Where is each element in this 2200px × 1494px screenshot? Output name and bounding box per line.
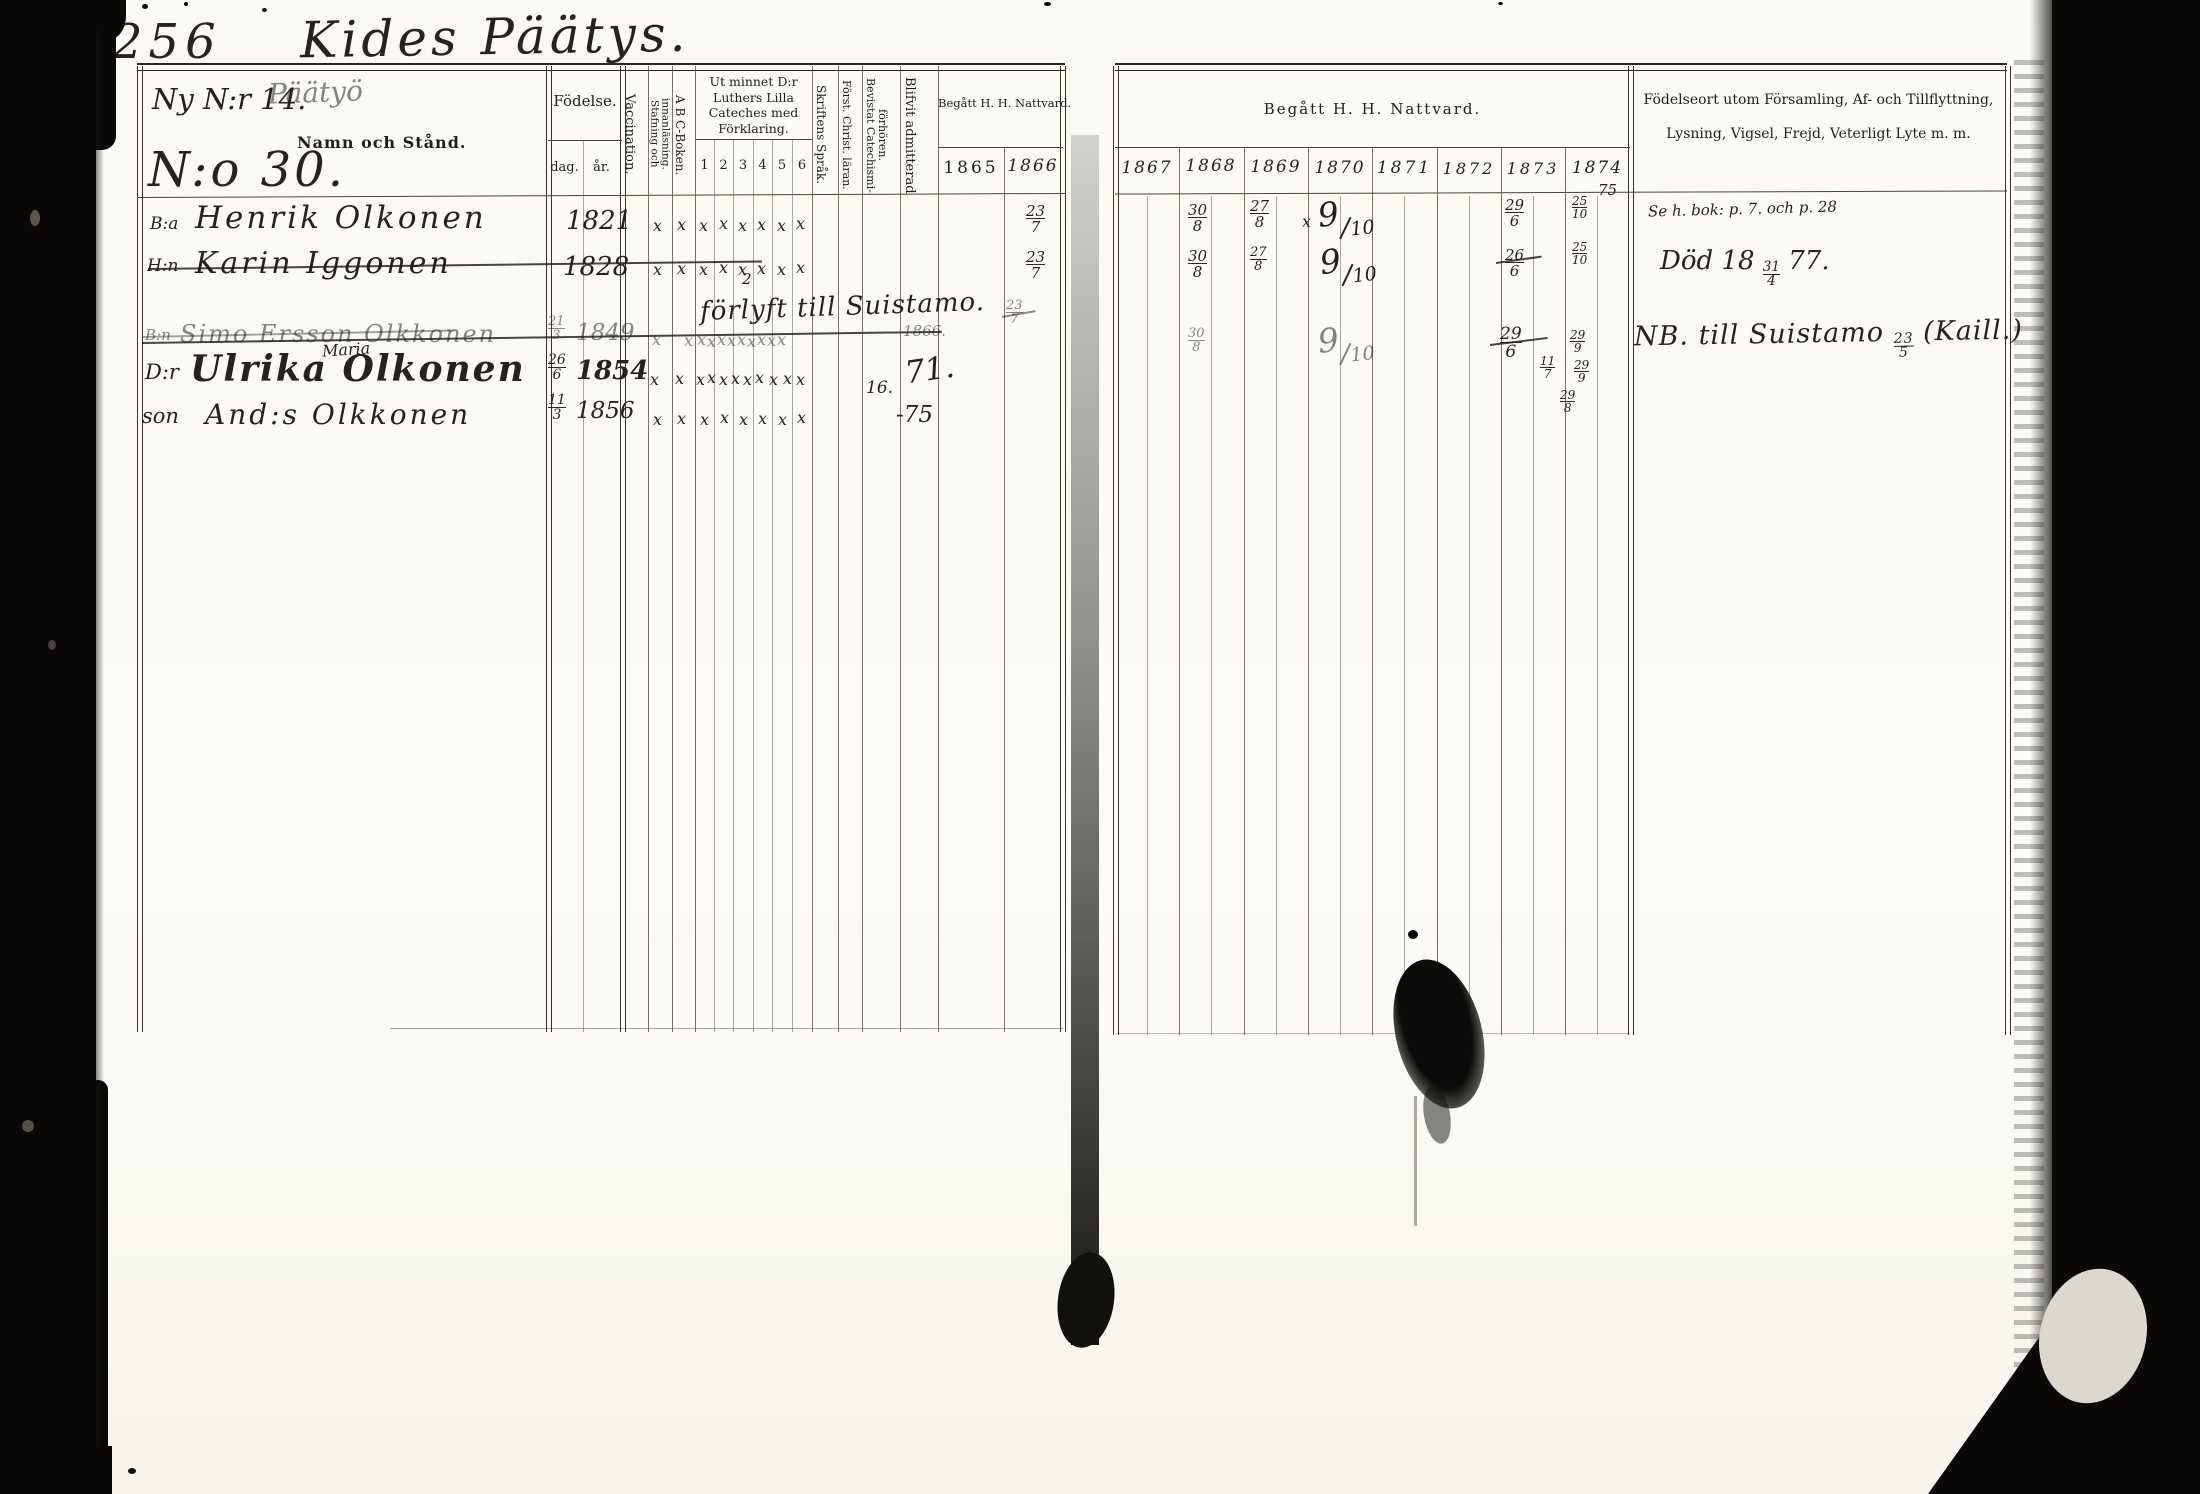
row4-birth-year: 1854 [576,356,648,386]
rule [1147,196,1148,1035]
row3-birth-day: 213 [548,316,565,343]
ink-streak [1414,1096,1417,1226]
edge-speck [22,1120,34,1132]
check-mark: x [719,214,728,233]
row1-prefix: B:a [150,214,178,234]
household-number: N:o 30. [148,142,346,198]
rule [1060,66,1066,1032]
year-1870: 1870 [1308,158,1372,178]
rule [1115,63,2007,71]
col-cateches: Ut minnet D:r Luthers Lilla Cateches med… [696,74,811,137]
rule [1244,148,1245,1035]
rule [753,140,754,1032]
col-skriftens-sprak: Skriftens Språk. [814,74,838,196]
row2-nattvard-1869: 278 [1250,247,1267,274]
rule [695,66,696,1032]
check-mark: x [796,258,805,277]
row4-inserted-name: Maria [321,338,370,360]
col-fodelseort-line2: Lysning, Vigsel, Frejd, Veterligt Lyte m… [1630,126,2007,142]
row5-prefix: son [142,404,179,428]
row2-name: Karin Iggonen [195,246,452,281]
check-mark: x [707,332,716,351]
rule [714,140,715,1032]
check-mark: x [720,408,729,427]
cateches-col-3: 3 [733,158,753,173]
row5-birth-year: 1856 [576,398,635,424]
check-mark: x [697,330,706,349]
row2-nattvard-1866: 237 [1026,250,1045,281]
row5-birth-day: 113 [548,394,566,423]
rule [648,66,649,1032]
col-dag: dag. [546,160,583,175]
check-mark: x [769,370,778,389]
check-mark: x [757,259,766,278]
check-mark: x [743,370,752,389]
rule [938,66,939,1032]
check-mark: x [677,259,686,278]
row2-margin-note: Död 18 314 77. [1660,246,1830,288]
check-mark: x [727,331,736,350]
year-1871: 1871 [1372,158,1437,178]
check-mark: x [777,260,786,279]
year-1872: 1872 [1437,159,1501,178]
check-mark: x [719,258,728,277]
rule [1501,148,1502,1035]
check-mark: x [767,331,776,350]
row2-nattvard-1868: 308 [1188,249,1207,280]
year-1865: 1865 [938,158,1004,178]
page-gutter-shadow [1071,135,1099,1345]
rule [1179,148,1180,1035]
col-fodelseort-line1: Födelseort utom Församling, Af- och Till… [1630,92,2007,108]
rule [1113,66,1119,1035]
check-mark: x [778,410,787,429]
row4-christ-mark: 16. [866,378,893,398]
check-mark: x [652,330,661,349]
row3-superscript: 2 [742,270,752,288]
check-mark: x [755,368,764,387]
col-blifvit-admitterad: Blifvit admitterad [902,74,938,196]
check-mark: x [757,215,766,234]
check-mark: x [684,331,693,350]
rule [733,140,734,1032]
page-mark-75: 75 [1598,181,1617,199]
check-mark: x [653,216,662,235]
row2-nattvard-1870: 910 [1318,240,1378,285]
col-bevistat-catechismi: Bevistat Catechismi-förhören. [864,72,900,198]
row4-birth-day: 266 [548,354,566,383]
rule [838,66,839,1032]
check-mark: x [731,369,740,388]
check-mark: x [653,410,662,429]
rule [1469,196,1470,1035]
year-1868: 1868 [1179,156,1243,176]
col-nattvard-left: Begått H. H. Nattvard. [938,96,1063,110]
year-1869: 1869 [1244,157,1308,177]
check-mark: x [747,332,756,351]
row3-birth-year: 1849 [576,320,635,346]
check-mark: x [677,215,686,234]
check-mark: x [758,409,767,428]
rule [812,66,813,1032]
cateches-col-1: 1 [695,158,714,173]
row1-nattvard-1870: 910 [1316,193,1375,238]
check-mark: x [777,216,786,235]
rule [2005,66,2011,1035]
row2-prefix: H:n [147,256,179,276]
check-mark: x [653,260,662,279]
page-title: Kides Päätys. [300,5,690,70]
rule [1211,196,1212,1035]
row3-nattvard-1870: 910 [1316,319,1375,364]
rule [792,140,793,1032]
ledger-note-faded: Päätyö [267,74,363,110]
rule [772,140,773,1032]
check-mark: x [1302,212,1311,231]
check-mark: x [700,410,709,429]
row1-birth-year: 1821 [566,206,632,236]
check-mark: x [699,260,708,279]
check-mark: x [796,370,805,389]
row3-nattvard-1874: 299 [1570,330,1585,355]
rule [1308,148,1309,1035]
row4-prefix: D:r [145,360,179,384]
row4-nattvard-1874: 299 [1574,360,1589,385]
rule [1565,148,1566,1035]
rule [1276,196,1277,1035]
check-mark: x [699,216,708,235]
year-1867: 1867 [1115,158,1179,178]
row1-nattvard-1873: 296 [1505,198,1524,229]
rule [862,66,863,1032]
rule [137,66,143,1032]
cateches-col-4: 4 [753,158,772,173]
col-fodelse: Födelse. [548,92,622,110]
row4-nattvard-1873: 117 [1540,356,1555,381]
edge-speck [30,210,40,226]
check-mark: x [719,370,728,389]
check-mark: x [797,408,806,427]
row1-nattvard-1869: 278 [1250,199,1269,230]
cateches-col-6: 6 [792,158,812,173]
row1-nattvard-1866: 237 [1026,204,1045,235]
row2-birth-year: 1828 [563,252,629,282]
row2-nattvard-1873: 266 [1505,248,1524,279]
check-mark: x [739,410,748,429]
rule [546,66,552,1032]
check-mark: x [757,330,766,349]
paper-edge-shadow [96,0,104,1494]
check-mark: x [783,369,792,388]
row3-margin-note: NB. till Suistamo 235 (Kaill.) [1634,315,2024,366]
cateches-col-5: 5 [772,158,792,173]
col-forst-christ-laran: Först. Christ. läran. [840,74,862,196]
row1-name: Henrik Olkonen [195,200,487,236]
check-mark: x [696,370,705,389]
edge-speck [48,640,56,650]
row5-admit-year: -75 [896,402,933,428]
check-mark: x [650,370,659,389]
year-1866: 1866 [1006,156,1060,176]
scan-edge-left [0,0,96,1494]
check-mark: x [738,216,747,235]
row1-nattvard-1874: 2510 [1572,196,1587,221]
year-1873: 1873 [1501,159,1565,178]
row2-nattvard-1874: 2510 [1572,242,1587,267]
row5-nattvard-1874: 298 [1560,390,1575,415]
rule [1004,148,1005,1032]
col-vaccination: Vaccination. [622,74,648,194]
row3-admit-year: 1866. [903,322,946,340]
rule [1628,66,1634,1035]
check-mark: x [707,368,716,387]
year-1874: 1874 [1565,158,1630,178]
row4-admit-year: 71. [903,349,957,392]
binding-texture [2014,60,2044,1440]
check-mark: x [675,369,684,388]
scan-edge-right [2052,0,2200,1494]
rule [1533,196,1534,1035]
col-nattvard-right: Begått H. H. Nattvard. [1115,100,1630,118]
rule [672,66,673,1032]
check-mark: x [737,330,746,349]
rule [390,1028,1063,1029]
rule [1404,196,1405,1035]
col-ar: år. [583,160,620,175]
row1-nattvard-1868: 308 [1188,203,1207,234]
check-mark: x [777,330,786,349]
col-abc-boken: A B C-Boken. [673,74,695,196]
rule [137,63,1065,71]
check-mark: x [796,214,805,233]
rule [938,147,1063,148]
rule [548,140,622,141]
col-stafning: Stafning och innanläsning. [648,71,672,197]
check-mark: x [677,409,686,428]
scanned-parish-register: 256 Kides Päätys. Ny N:r 14. Päätyö Namn… [0,0,2200,1494]
cateches-col-2: 2 [714,158,733,173]
rule [1597,196,1598,1035]
row3-nattvard-1868: 308 [1188,328,1205,355]
rule [1437,148,1438,1035]
row5-name: And:s Olkkonen [205,398,471,431]
page-number: 256 [112,14,222,70]
check-mark: x [717,330,726,349]
scan-corner [96,1446,112,1494]
rule [900,66,901,1032]
